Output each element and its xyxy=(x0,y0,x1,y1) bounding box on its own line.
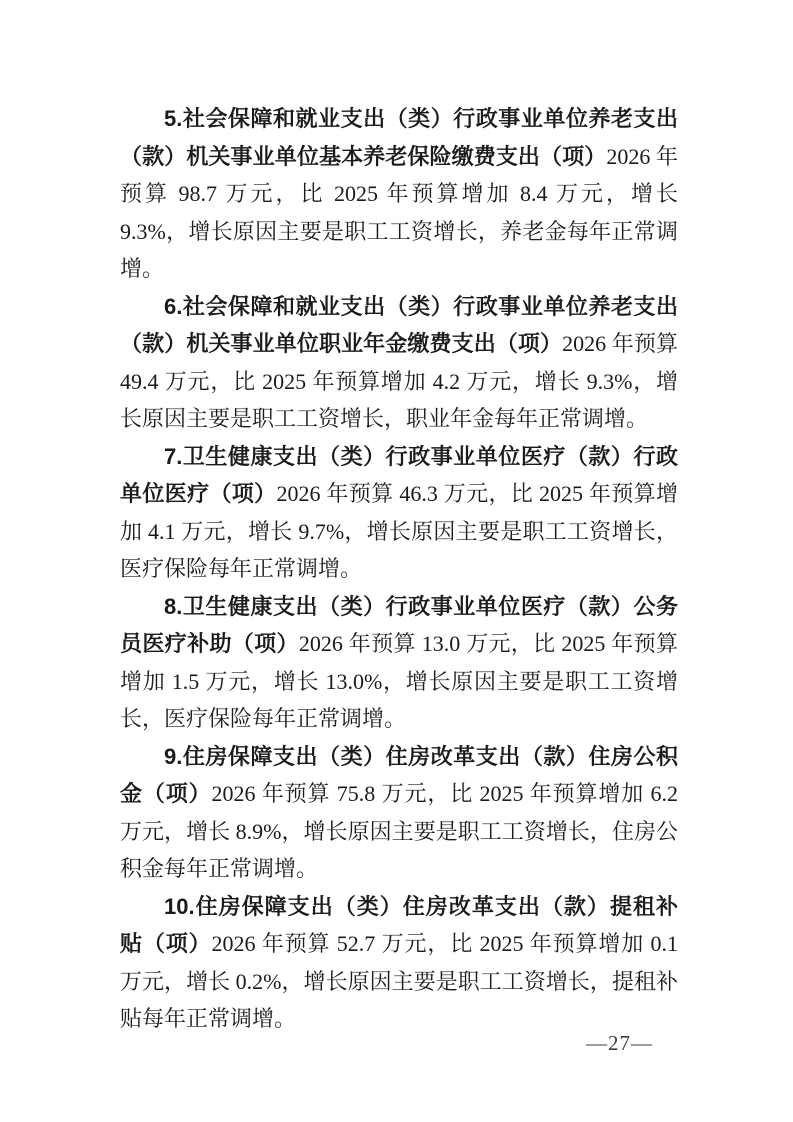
paragraph-item-8: 8.卫生健康支出（类）行政事业单位医疗（款）公务员医疗补助（项）2026 年预算… xyxy=(120,588,678,738)
paragraph-item-9: 9.住房保障支出（类）住房改革支出（款）住房公积金（项）2026 年预算 75.… xyxy=(120,738,678,888)
paragraph-item-5: 5.社会保障和就业支出（类）行政事业单位养老支出（款）机关事业单位基本养老保险缴… xyxy=(120,100,678,288)
document-page: 5.社会保障和就业支出（类）行政事业单位养老支出（款）机关事业单位基本养老保险缴… xyxy=(0,0,793,1122)
paragraph-item-6: 6.社会保障和就业支出（类）行政事业单位养老支出（款）机关事业单位职业年金缴费支… xyxy=(120,288,678,438)
page-number: —27— xyxy=(586,1031,653,1056)
paragraph-5-heading: 5.社会保障和就业支出（类）行政事业单位养老支出（款）机关事业单位基本养老保险缴… xyxy=(120,106,678,169)
document-body-text: 5.社会保障和就业支出（类）行政事业单位养老支出（款）机关事业单位基本养老保险缴… xyxy=(120,100,678,1038)
paragraph-item-10: 10.住房保障支出（类）住房改革支出（款）提租补贴（项）2026 年预算 52.… xyxy=(120,888,678,1038)
paragraph-item-7: 7.卫生健康支出（类）行政事业单位医疗（款）行政单位医疗（项）2026 年预算 … xyxy=(120,438,678,588)
